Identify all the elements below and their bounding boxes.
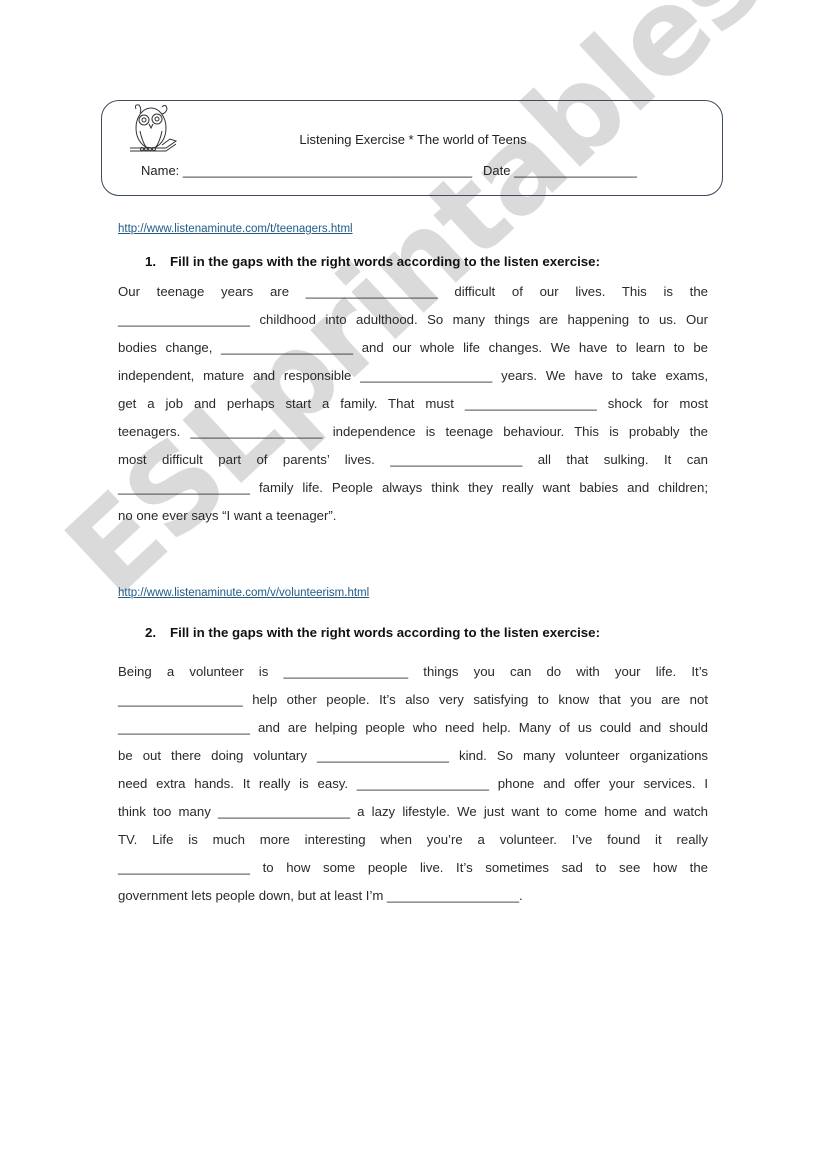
- date-field[interactable]: _________________: [514, 163, 637, 178]
- owl-on-book-icon: [122, 101, 182, 159]
- section2-paragraph: Being a volunteer is _________________ t…: [118, 658, 708, 910]
- section2-heading: 2.Fill in the gaps with the right words …: [145, 625, 600, 640]
- section1-paragraph: Our teenage years are __________________…: [118, 278, 708, 530]
- paragraph-line: __________________ and are helping peopl…: [118, 714, 708, 742]
- section1-instruction: Fill in the gaps with the right words ac…: [170, 254, 600, 269]
- paragraph-line: government lets people down, but at leas…: [118, 882, 708, 910]
- name-field[interactable]: ________________________________________: [183, 163, 472, 178]
- name-label: Name:: [141, 163, 179, 178]
- paragraph-line: be out there doing voluntary ___________…: [118, 742, 708, 770]
- date-label: Date: [483, 163, 510, 178]
- worksheet-page: ESLprintables.com Listening Exercise * T…: [0, 0, 826, 1169]
- header-box: [101, 100, 723, 196]
- paragraph-line: no one ever says “I want a teenager”.: [118, 502, 708, 530]
- section1-heading: 1.Fill in the gaps with the right words …: [145, 254, 600, 269]
- paragraph-line: get a job and perhaps start a family. Th…: [118, 390, 708, 418]
- teenagers-link[interactable]: http://www.listenaminute.com/t/teenagers…: [118, 223, 353, 235]
- paragraph-line: teenagers. __________________ independen…: [118, 418, 708, 446]
- title-text: Listening Exercise * The world of Teens: [299, 132, 526, 147]
- worksheet-title: Listening Exercise * The world of Teens: [0, 132, 826, 147]
- section1-number: 1.: [145, 254, 170, 269]
- paragraph-line: Our teenage years are __________________…: [118, 278, 708, 306]
- name-date-row: Name: __________________________________…: [141, 163, 637, 178]
- paragraph-line: most difficult part of parents’ lives. _…: [118, 446, 708, 474]
- paragraph-line: think too many __________________ a lazy…: [118, 798, 708, 826]
- paragraph-line: __________________ childhood into adulth…: [118, 306, 708, 334]
- paragraph-line: bodies change, __________________ and ou…: [118, 334, 708, 362]
- section2-number: 2.: [145, 625, 170, 640]
- paragraph-line: __________________ family life. People a…: [118, 474, 708, 502]
- paragraph-line: need extra hands. It really is easy. ___…: [118, 770, 708, 798]
- paragraph-line: Being a volunteer is _________________ t…: [118, 658, 708, 686]
- section2-instruction: Fill in the gaps with the right words ac…: [170, 625, 600, 640]
- paragraph-line: _________________ help other people. It’…: [118, 686, 708, 714]
- paragraph-line: __________________ to how some people li…: [118, 854, 708, 882]
- volunteerism-link[interactable]: http://www.listenaminute.com/v/volunteer…: [118, 587, 369, 599]
- paragraph-line: independent, mature and responsible ____…: [118, 362, 708, 390]
- paragraph-line: TV. Life is much more interesting when y…: [118, 826, 708, 854]
